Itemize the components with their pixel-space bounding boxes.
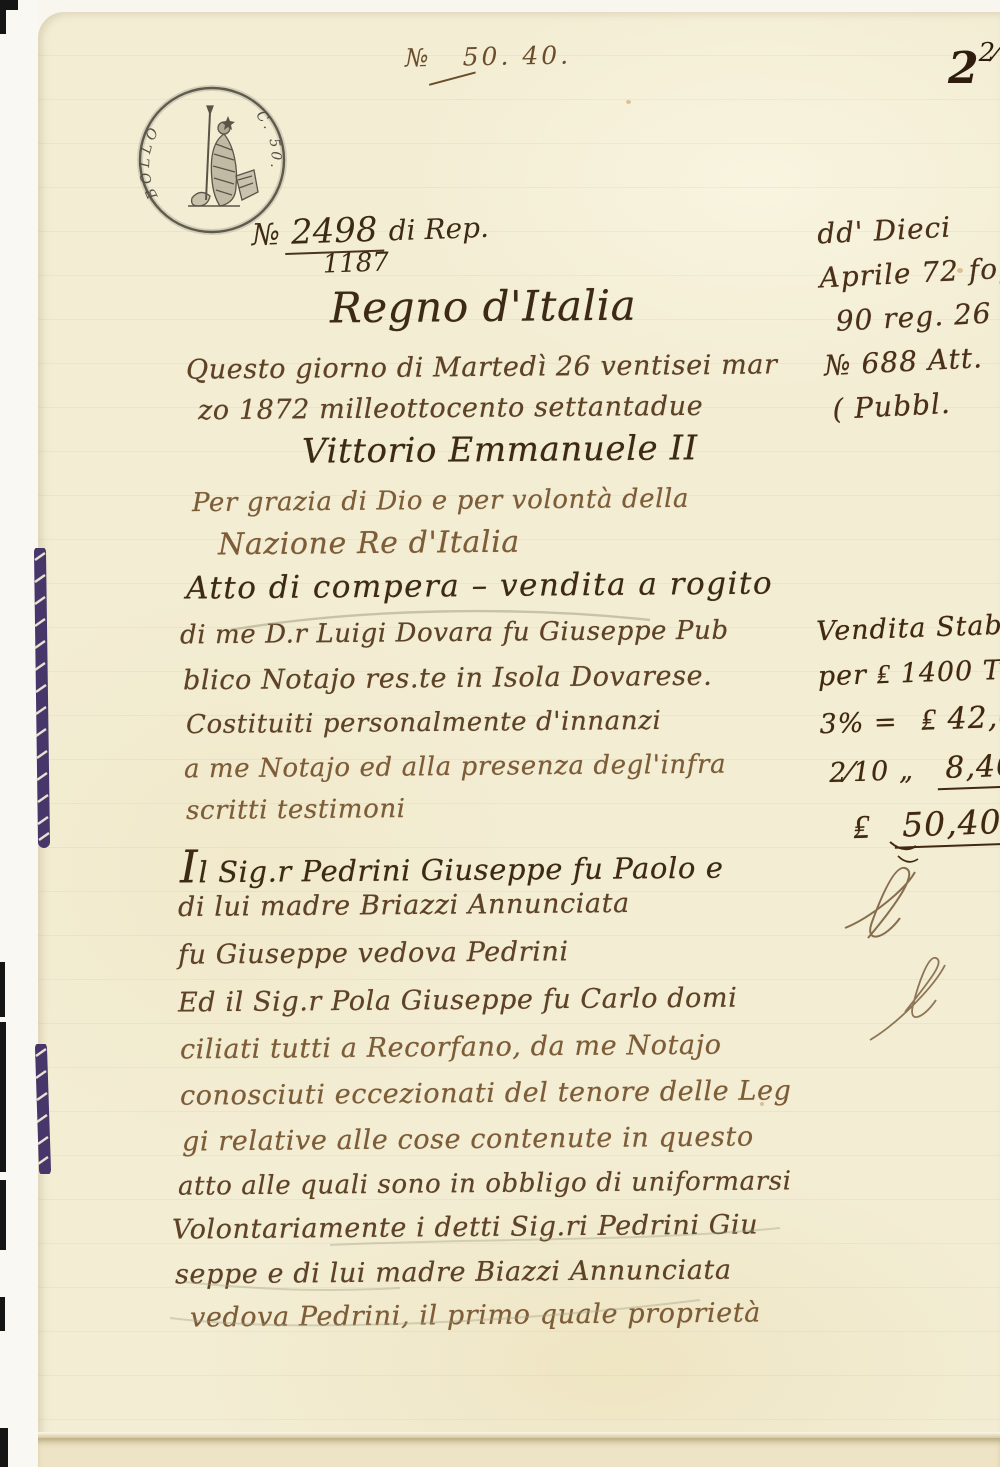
manuscript-line: fu Giuseppe vedova Pedrini <box>178 936 569 970</box>
margin-registration-note: dd' Dieci Aprile 72 fog. 90 reg. 26 № 68… <box>816 207 1000 438</box>
underlying-page-edge <box>38 1438 1000 1467</box>
scan-edge-mark <box>0 1428 8 1467</box>
svg-text:BOLLO: BOLLO <box>137 122 164 202</box>
manuscript-line: conosciuti eccezionati del tenore delle … <box>180 1075 792 1111</box>
manuscript-line: Volontariamente i detti Sig.ri Pedrini G… <box>172 1209 758 1245</box>
manuscript-line: di me D.r Luigi Dovara fu Giuseppe Pub <box>180 616 729 651</box>
manuscript-line: atto alle quali sono in obbligo di unifo… <box>178 1166 792 1201</box>
binding-thread-upper <box>26 548 60 848</box>
manuscript-line: Il Sig.r Pedrini Giuseppe fu Paolo e <box>180 836 724 894</box>
acct-total-amount: 50,40 <box>893 802 1000 849</box>
acct-rate-amount: ₤ 42,00 <box>920 699 1000 738</box>
margin-reg-line: № 688 Att. <box>823 339 1000 383</box>
acct-surtax-label: 2⁄10 „ <box>829 755 915 789</box>
manuscript-line: Ed il Sig.r Pola Giuseppe fu Carlo domi <box>178 983 738 1019</box>
scan-edge-mark <box>0 6 6 34</box>
acct-surtax-amount: 8,40 <box>937 748 1000 790</box>
manuscript-line: blico Notajo res.te in Isola Dovarese. <box>183 661 713 697</box>
manuscript-heading: Atto di compera – vendita a rogito <box>186 565 773 606</box>
margin-reg-line: ( Pubbl. <box>832 382 1000 425</box>
binding-thread-lower <box>28 1044 62 1174</box>
margin-reg-line: 90 reg. 26 <box>835 295 1000 338</box>
margin-tax-account: Vendita Stabili per ₤ 1400 Tassa 3% = ₤ … <box>816 608 1000 865</box>
manuscript-heading: Vittorio Emmanuele II <box>302 428 698 471</box>
manuscript-line: vedova Pedrini, il primo quale proprietà <box>190 1298 761 1334</box>
top-amount-annotation: № 50. 40. <box>405 41 572 73</box>
manuscript-line: Costituiti personalmente d'innanzi <box>186 706 662 740</box>
scan-edge-mark <box>0 962 5 1017</box>
scan-edge-mark <box>0 1180 6 1250</box>
manuscript-line: a me Notajo ed alla presenza degl'infra <box>184 750 726 785</box>
scan-edge-mark <box>0 1022 6 1172</box>
numero-mark: № <box>405 43 432 72</box>
repertory-fraction: 1187 <box>322 244 490 280</box>
manuscript-line: Questo giorno di Martedì 26 ventisei mar <box>186 349 778 385</box>
scan-edge-mark <box>0 1297 5 1331</box>
manuscript-line: scritti testimoni <box>186 794 406 826</box>
manuscript-line: gi relative alle cose contenute in quest… <box>182 1122 754 1158</box>
repertory-no-suffix: di Rep. <box>388 211 489 247</box>
stamp-left-label: BOLLO <box>137 122 164 202</box>
stamp-allegorical-figure <box>188 106 258 206</box>
manuscript-line: di lui madre Briazzi Annunciata <box>178 888 630 923</box>
scanned-notarial-document: BOLLO C. 50. № 50. 40. 22⁄ № 2498 di Rep… <box>0 0 1000 1467</box>
stamp-right-label: C. 50. <box>252 108 283 173</box>
manuscript-line: Per grazia di Dio e per volontà della <box>192 484 689 518</box>
acct-rate-label: 3% = <box>819 707 898 741</box>
manuscript-line: ciliati tutti a Recorfano, da me Notajo <box>180 1030 722 1066</box>
margin-reg-line: Aprile 72 fog. <box>819 251 1000 295</box>
manuscript-line: seppe e di lui madre Biazzi Annunciata <box>175 1255 732 1291</box>
acct-base: per ₤ 1400 Tassa <box>817 653 1000 693</box>
page-number-main: 2 <box>948 43 979 94</box>
manuscript-line: Nazione Re d'Italia <box>218 525 520 563</box>
svg-text:C. 50.: C. 50. <box>252 108 283 173</box>
repertory-number: № 2498 di Rep. 1187 <box>251 206 491 282</box>
manuscript-line: zo 1872 milleottocento settantadue <box>198 391 704 426</box>
page-number: 22⁄ <box>948 38 1000 94</box>
manuscript-title: Regno d'Italia <box>330 281 637 333</box>
paper-stain <box>626 100 631 104</box>
repertory-no-label: № <box>251 217 281 253</box>
page-number-sup: 2⁄ <box>979 38 1000 68</box>
acct-total-currency: ₤ <box>852 807 871 847</box>
top-amount-value: 50. 40. <box>462 41 571 72</box>
